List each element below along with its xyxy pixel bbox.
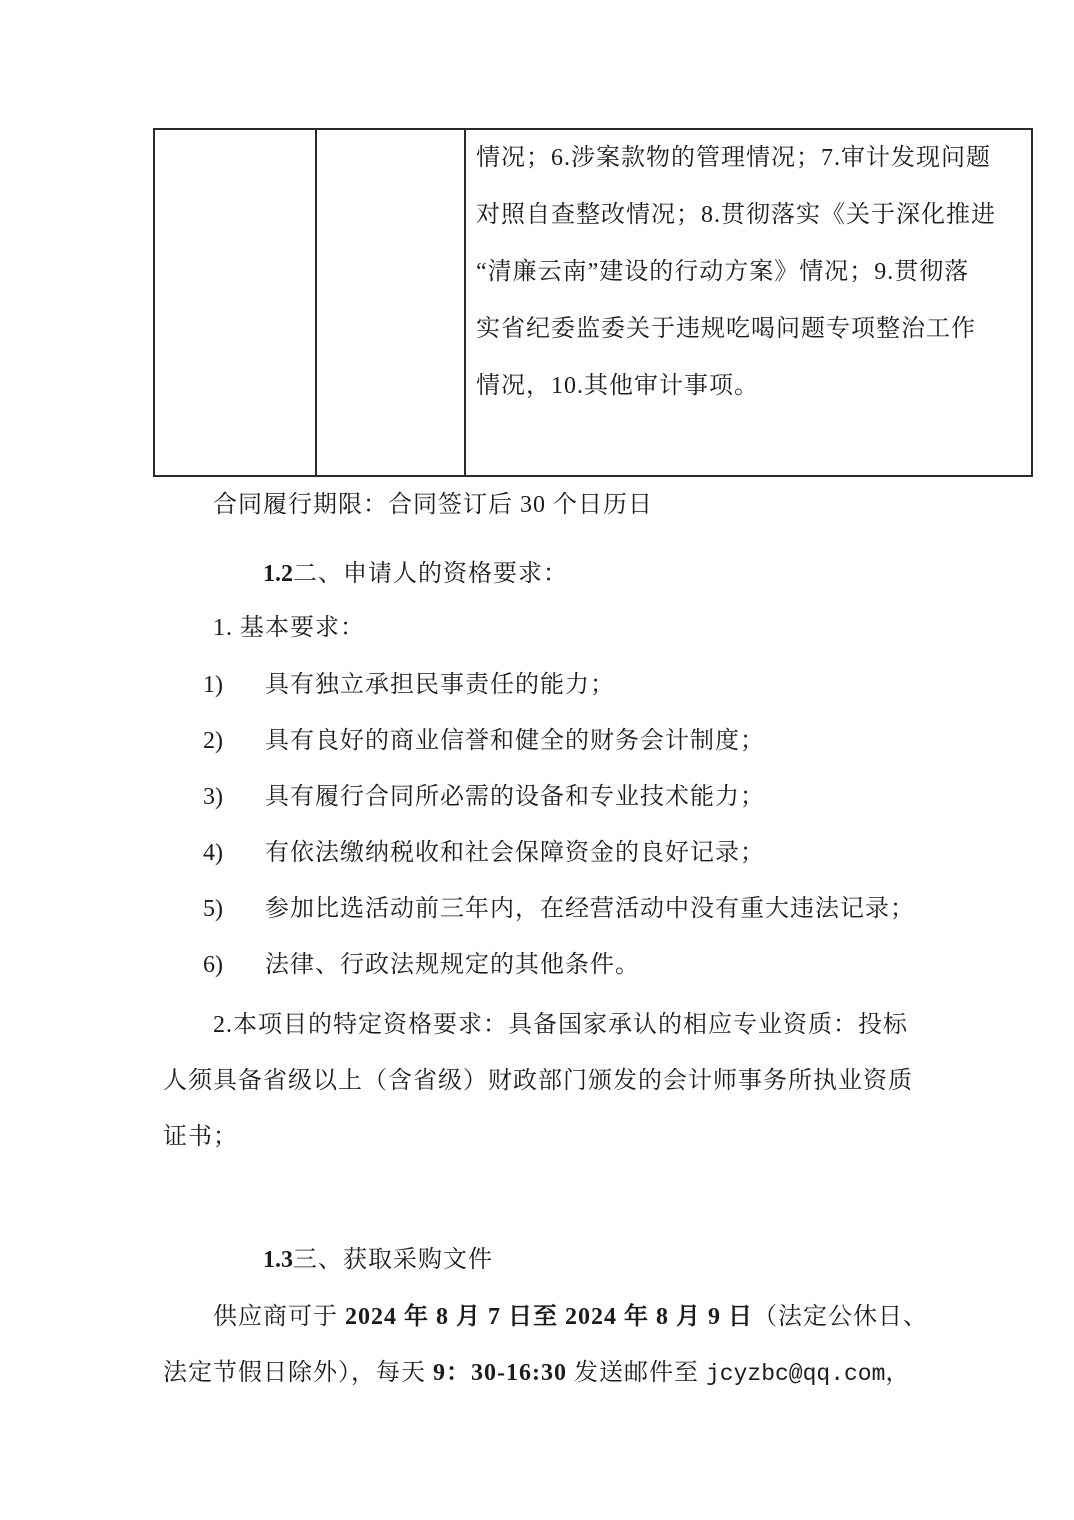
section-1-3-title: 三、获取采购文件 xyxy=(293,1247,493,1273)
requirement-item-1-number: 1) xyxy=(203,657,265,713)
contact-email: jcyzbc@qq.com xyxy=(706,1361,885,1387)
specific-qualification-line-1: 2.本项目的特定资格要求：具备国家承认的相应专业资质：投标 xyxy=(163,997,909,1053)
requirement-item-3: 3)具有履行合同所必需的设备和专业技术能力； xyxy=(163,769,909,825)
specific-qualification-line-3: 证书； xyxy=(163,1109,909,1165)
obtain-line2-suffix: ， xyxy=(885,1360,910,1386)
audit-items-line-2: 对照自查整改情况；8.贯彻落实《关于深化推进 xyxy=(476,187,1021,244)
obtain-time-range: 9：30-16:30 xyxy=(433,1360,567,1386)
audit-items-line-4: 实省纪委监委关于违规吃喝问题专项整治工作 xyxy=(476,301,1021,358)
requirement-item-2-text: 具有良好的商业信誉和健全的财务会计制度； xyxy=(265,728,765,754)
requirement-item-5-number: 5) xyxy=(203,881,265,937)
specific-qualification-paragraph: 2.本项目的特定资格要求：具备国家承认的相应专业资质：投标 人须具备省级以上（含… xyxy=(163,997,909,1165)
audit-items-line-3: “清廉云南”建设的行动方案》情况；9.贯彻落 xyxy=(476,244,1021,301)
basic-requirements-label: 1. 基本要求： xyxy=(163,600,909,656)
obtain-date-range: 2024 年 8 月 7 日至 2024 年 8 月 9 日 xyxy=(345,1304,753,1330)
requirement-item-1-text: 具有独立承担民事责任的能力； xyxy=(265,672,615,698)
requirement-item-2: 2)具有良好的商业信誉和健全的财务会计制度； xyxy=(163,713,909,769)
contract-period-text: 合同履行期限：合同签订后 30 个日历日 xyxy=(163,477,909,533)
section-1-2-title: 二、申请人的资格要求： xyxy=(293,561,568,587)
contract-period-paragraph: 合同履行期限：合同签订后 30 个日历日 xyxy=(163,477,909,533)
requirement-item-3-number: 3) xyxy=(203,769,265,825)
table-cell-empty-1 xyxy=(154,129,316,476)
requirement-item-4-text: 有依法缴纳税收和社会保障资金的良好记录； xyxy=(265,840,765,866)
requirement-item-6-text: 法律、行政法规规定的其他条件。 xyxy=(265,952,640,978)
table-cell-audit-items: 情况；6.涉案款物的管理情况；7.审计发现问题 对照自查整改情况；8.贯彻落实《… xyxy=(465,129,1032,476)
obtain-line2-prefix: 法定节假日除外），每天 xyxy=(163,1360,433,1386)
table-cell-empty-2 xyxy=(316,129,465,476)
obtain-documents-line-1: 供应商可于 2024 年 8 月 7 日至 2024 年 8 月 9 日（法定公… xyxy=(163,1289,909,1345)
basic-requirements-label-block: 1. 基本要求： xyxy=(163,600,909,656)
audit-items-line-1: 情况；6.涉案款物的管理情况；7.审计发现问题 xyxy=(476,130,1021,187)
obtain-documents-line-2: 法定节假日除外），每天 9：30-16:30 发送邮件至 jcyzbc@qq.c… xyxy=(163,1345,909,1402)
section-1-3-heading: 1.3三、获取采购文件 xyxy=(163,1232,909,1288)
document-page: 情况；6.涉案款物的管理情况；7.审计发现问题 对照自查整改情况；8.贯彻落实《… xyxy=(0,0,1074,1520)
requirement-item-1: 1)具有独立承担民事责任的能力； xyxy=(163,657,909,713)
obtain-line1-suffix: （法定公休日、 xyxy=(753,1304,928,1330)
audit-scope-table: 情况；6.涉案款物的管理情况；7.审计发现问题 对照自查整改情况；8.贯彻落实《… xyxy=(153,128,1033,477)
requirement-item-5: 5)参加比选活动前三年内，在经营活动中没有重大违法记录； xyxy=(163,881,909,937)
obtain-line1-prefix: 供应商可于 xyxy=(213,1304,345,1330)
table-row: 情况；6.涉案款物的管理情况；7.审计发现问题 对照自查整改情况；8.贯彻落实《… xyxy=(154,129,1032,476)
section-1-2-number: 1.2 xyxy=(213,546,293,602)
requirement-item-3-text: 具有履行合同所必需的设备和专业技术能力； xyxy=(265,784,765,810)
section-1-2-heading: 1.2二、申请人的资格要求： xyxy=(163,546,909,602)
requirement-item-4-number: 4) xyxy=(203,825,265,881)
requirement-item-2-number: 2) xyxy=(203,713,265,769)
requirement-item-5-text: 参加比选活动前三年内，在经营活动中没有重大违法记录； xyxy=(265,896,915,922)
obtain-line2-mid: 发送邮件至 xyxy=(567,1360,706,1386)
requirement-item-6: 6)法律、行政法规规定的其他条件。 xyxy=(163,937,909,993)
specific-qualification-line-2: 人须具备省级以上（含省级）财政部门颁发的会计师事务所执业资质 xyxy=(163,1053,909,1109)
requirement-item-4: 4)有依法缴纳税收和社会保障资金的良好记录； xyxy=(163,825,909,881)
requirement-item-6-number: 6) xyxy=(203,937,265,993)
obtain-documents-paragraph: 供应商可于 2024 年 8 月 7 日至 2024 年 8 月 9 日（法定公… xyxy=(163,1289,909,1402)
audit-items-line-5: 情况，10.其他审计事项。 xyxy=(476,358,1021,415)
section-1-3-number: 1.3 xyxy=(213,1232,293,1288)
